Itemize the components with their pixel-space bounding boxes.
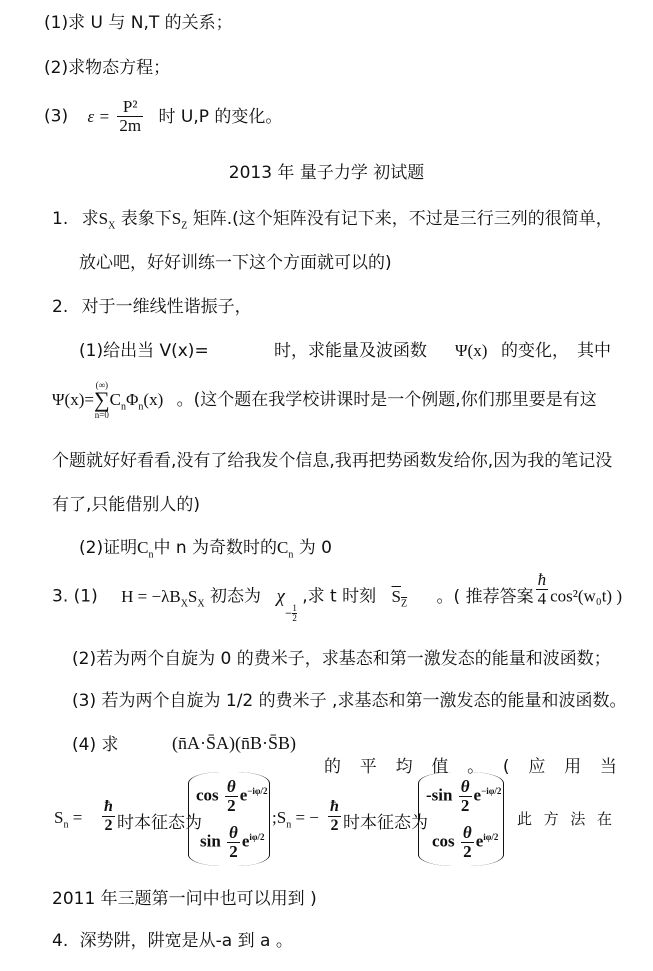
epsilon-lhs: ε = bbox=[88, 107, 110, 126]
q2-p1-a: (1)给出当 V(x)= bbox=[79, 341, 209, 361]
prev-item-3-suffix: 时 U,P 的变化。 bbox=[158, 107, 282, 127]
vec1-top: cos θ2e−iφ/2 bbox=[196, 778, 268, 815]
prev-item-3-label: (3) bbox=[44, 107, 68, 127]
sz-symbol: SZ bbox=[172, 209, 188, 228]
eig2-lhs: ;Sn = − bbox=[272, 808, 319, 828]
vec2-bottom: cos θ2eiφ/2 bbox=[432, 824, 498, 861]
q2-p2-c: 为 0 bbox=[299, 538, 332, 558]
q3-last-line: 2011 年三题第一问中也可以用到 ) bbox=[52, 888, 317, 910]
q2-p2-b: 中 n 为奇数时的 bbox=[153, 538, 277, 558]
vec1-bottom: sin θ2eiφ/2 bbox=[200, 824, 265, 861]
q2-part1: (1)给出当 V(x)= 时，求能量及波函数 Ψ(x) 的变化， 其中 bbox=[79, 340, 609, 362]
eig-tail: 此方法在 bbox=[517, 808, 612, 829]
q3-number: 3. bbox=[52, 587, 68, 607]
spin-product-expr: (n̄A·S̄A)(n̄B·S̄B) bbox=[172, 732, 296, 754]
q1-line-1: 1. 求SX 表象下SZ 矩阵.(这个矩阵没有记下来，不过是三行三列的很简单， bbox=[52, 208, 613, 230]
q4: 4. 深势阱，阱宽是从-a 到 a 。 bbox=[52, 930, 293, 952]
cos-squared: cos²(w₀t) ) bbox=[550, 587, 622, 606]
q2-number: 2. bbox=[52, 297, 68, 317]
prev-item-1: (1)求 U 与 N,T 的关系； bbox=[44, 12, 233, 34]
prev-item-3: (3) ε = P² 2m 时 U,P 的变化。 bbox=[44, 98, 282, 144]
q3-part4: (4) 求 (n̄A·S̄A)(n̄B·S̄B) 的平均值。(应用当 bbox=[72, 734, 617, 756]
q3-part3: (3) 若为两个自旋为 1/2 的费米子 ,求基态和第一激发态的能量和波函数。 bbox=[72, 690, 626, 712]
summation: (∞) ∑ n=0 bbox=[94, 380, 110, 420]
q3-p1-label: (1) bbox=[74, 587, 98, 607]
q2-sum-line: Ψ(x)= (∞) ∑ n=0 CnΦn(x) 。(这个题在我学校讲课时是一个例… bbox=[52, 380, 597, 430]
sum-term: CnΦn(x) bbox=[110, 390, 164, 409]
eig1-lhs: Sn = bbox=[54, 808, 82, 828]
eig2-hbar-half: ħ2 bbox=[328, 798, 341, 835]
q1-text-a: 求 bbox=[82, 209, 99, 229]
q1-number: 1. bbox=[52, 209, 68, 229]
q2-part2: (2)证明Cn中 n 为奇数时的Cn 为 0 bbox=[79, 537, 332, 559]
sz-avg: SZ bbox=[392, 587, 408, 606]
hbar-over-4: ħ4 bbox=[536, 571, 549, 608]
q3-initial: 初态为 bbox=[210, 587, 261, 607]
p2-over-2m: P² 2m bbox=[117, 98, 143, 135]
sx-symbol: SX bbox=[99, 209, 116, 228]
cn-symbol-2: Cn bbox=[277, 538, 293, 557]
psi-lhs: Ψ(x)= bbox=[52, 390, 94, 409]
q3-ask: ,求 t 时刻 bbox=[302, 587, 376, 607]
q2-p2-a: (2)证明 bbox=[79, 538, 137, 558]
q2-p1-b: 时，求能量及波函数 bbox=[274, 340, 427, 362]
vec2-top: -sin θ2e−iφ/2 bbox=[426, 778, 501, 815]
q2-note-2: 个题就好好看看,没有了给我发个信息,我再把势函数发给你,因为我的笔记没 bbox=[52, 450, 612, 472]
q3-part1: 3. (1) H = −λBXSX 初态为 χ−12 ,求 t 时刻 SZ 。(… bbox=[52, 585, 622, 635]
q2-p1-d: 其中 bbox=[577, 340, 611, 362]
psi-symbol: Ψ(x) bbox=[455, 340, 487, 362]
q3-part2: (2)若为两个自旋为 0 的费米子，求基态和第一激发态的能量和波函数； bbox=[72, 648, 611, 670]
cn-symbol: Cn bbox=[137, 538, 153, 557]
q2-note-1: 。(这个题在我学校讲课时是一个例题,你们那里要是有这 bbox=[177, 390, 597, 410]
q4-number: 4. bbox=[52, 931, 68, 951]
q3-hint: 。( 推荐答案 bbox=[437, 587, 534, 607]
q2-p1-c: 的变化， bbox=[501, 340, 569, 362]
q2-note-3: 有了,只能借别人的) bbox=[52, 494, 200, 516]
prev-item-2: (2)求物态方程； bbox=[44, 57, 170, 79]
page-title: 2013 年 量子力学 初试题 bbox=[0, 162, 653, 184]
q4-text: 深势阱，阱宽是从-a 到 a 。 bbox=[80, 931, 293, 951]
q2-intro: 2. 对于一维线性谐振子， bbox=[52, 296, 252, 318]
eig1-hbar-half: ħ2 bbox=[102, 798, 115, 835]
eig2-text: 时本征态为 bbox=[343, 808, 428, 833]
eigen-formula-block: Sn = ħ2 时本征态为 cos θ2e−iφ/2 sin θ2eiφ/2 ;… bbox=[0, 770, 653, 870]
chi-subscript: −12 bbox=[285, 609, 297, 619]
q1-text-b: 表象下 bbox=[121, 209, 172, 229]
q2-intro-text: 对于一维线性谐振子， bbox=[82, 297, 252, 317]
hamiltonian: H = −λBXSX bbox=[121, 587, 204, 606]
q1-text-c: 矩阵.(这个矩阵没有记下来，不过是三行三列的很简单， bbox=[193, 209, 613, 229]
q3-p4-label: (4) 求 bbox=[72, 735, 118, 755]
chi-symbol: χ bbox=[276, 586, 284, 607]
q1-line-2: 放心吧，好好训练一下这个方面就可以的) bbox=[79, 252, 392, 274]
